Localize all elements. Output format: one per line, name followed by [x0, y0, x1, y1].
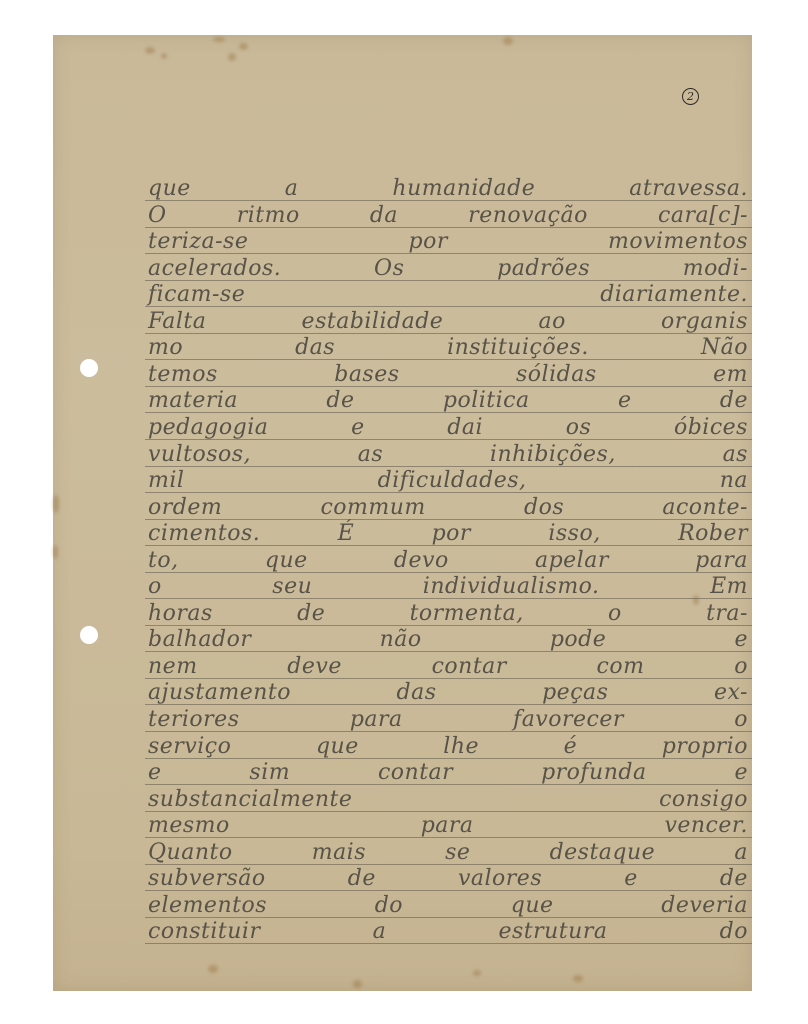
foxing-stain [213, 37, 225, 42]
handwritten-word: por [409, 229, 448, 254]
handwritten-word: dai [447, 415, 483, 440]
handwritten-line: subversãodevaloresede [148, 865, 748, 891]
handwritten-word: contar [378, 760, 453, 785]
handwritten-word: valores [458, 866, 542, 891]
handwritten-word: de [326, 388, 354, 413]
handwritten-word: que [316, 734, 359, 759]
handwritten-word: seu [272, 574, 312, 599]
foxing-stain [503, 37, 513, 45]
foxing-stain [208, 965, 218, 973]
handwritten-line: ordemcommumdosaconte- [148, 494, 748, 520]
foxing-stain [353, 980, 362, 988]
handwritten-word: em [713, 362, 748, 387]
handwritten-word: constituir [148, 919, 260, 944]
foxing-stain [473, 970, 481, 976]
handwritten-word: aconte- [662, 495, 748, 520]
handwritten-word: e [618, 388, 632, 413]
handwritten-word: cimentos. [148, 521, 260, 546]
handwritten-word: a [373, 919, 387, 944]
handwritten-word: humanidade [392, 176, 535, 201]
handwritten-word: e [624, 866, 638, 891]
handwritten-word: consigo [659, 787, 748, 812]
handwritten-word: que [148, 176, 191, 201]
handwritten-word: vencer. [664, 813, 748, 838]
handwritten-word: Os [374, 256, 404, 281]
handwritten-word: se [445, 840, 470, 865]
foxing-stain [53, 495, 59, 513]
handwritten-word: mais [312, 840, 366, 865]
handwritten-word: deveria [661, 893, 748, 918]
handwritten-line: Faltaestabilidadeaoorganis [148, 308, 748, 334]
handwritten-word: ao [538, 309, 565, 334]
handwritten-line: ficam-sediariamente. [148, 281, 748, 307]
handwritten-word: substancialmente [148, 787, 352, 812]
handwritten-word: peças [542, 680, 608, 705]
handwritten-word: destaque [550, 840, 656, 865]
handwritten-word: renovação [468, 203, 588, 228]
handwritten-word: o [734, 654, 748, 679]
handwritten-word: e [734, 627, 748, 652]
handwritten-word: tormenta, [410, 601, 524, 626]
handwritten-word: deve [287, 654, 342, 679]
handwritten-word: dificuldades, [378, 468, 527, 493]
handwritten-word: nem [148, 654, 198, 679]
handwritten-word: É [338, 521, 355, 546]
handwritten-line: teriza-sepormovimentos [148, 228, 748, 254]
handwritten-line: ajustamentodaspeçasex- [148, 679, 748, 705]
handwritten-word: movimentos [608, 229, 748, 254]
handwritten-word: pode [550, 627, 606, 652]
handwritten-word: o [734, 707, 748, 732]
handwritten-word: por [432, 521, 471, 546]
handwritten-word: materia [148, 388, 238, 413]
handwritten-word: ficam-se [148, 282, 245, 307]
handwritten-word: a [285, 176, 299, 201]
handwritten-word: profunda [541, 760, 647, 785]
foxing-stain [161, 53, 167, 59]
handwritten-line: vultosos,asinhibições,as [148, 441, 748, 467]
handwritten-line: horasdetormenta,otra- [148, 600, 748, 626]
handwritten-word: sólidas [516, 362, 597, 387]
handwritten-word: contar [432, 654, 507, 679]
handwritten-word: to, [148, 548, 179, 573]
handwritten-word: mil [148, 468, 184, 493]
handwritten-line: pedagogiaedaiosóbices [148, 414, 748, 440]
handwritten-word: das [397, 680, 437, 705]
handwritten-word: padrões [497, 256, 590, 281]
handwritten-word: de [297, 601, 325, 626]
foxing-stain [239, 43, 248, 50]
handwritten-word: do [720, 919, 748, 944]
handwritten-line: oseuindividualismo.Em [148, 573, 748, 599]
handwritten-line: to,quedevoapelarpara [148, 547, 748, 573]
handwritten-line: balhadornãopodee [148, 626, 748, 652]
punch-hole-bottom [80, 626, 98, 644]
handwritten-line: terioresparafavorecero [148, 706, 748, 732]
handwritten-word: ex- [714, 680, 748, 705]
foxing-stain [145, 47, 155, 54]
handwritten-word: estrutura [498, 919, 607, 944]
handwritten-word: proprio [662, 734, 748, 759]
handwritten-word: temos [148, 362, 218, 387]
handwritten-word: favorecer [513, 707, 624, 732]
handwritten-line: esimcontarprofundae [148, 759, 748, 785]
handwritten-word: estabilidade [302, 309, 444, 334]
handwritten-word: os [566, 415, 592, 440]
handwritten-word: para [695, 548, 748, 573]
handwritten-word: bases [334, 362, 399, 387]
handwritten-word: mesmo [148, 813, 230, 838]
handwritten-word: as [358, 442, 383, 467]
handwritten-word: e [734, 760, 748, 785]
handwritten-line: serviçoquelheéproprio [148, 733, 748, 759]
handwritten-word: organis [661, 309, 748, 334]
handwritten-word: Em [710, 574, 748, 599]
handwritten-line: substancialmenteconsigo [148, 786, 748, 812]
page-number: 2 [682, 88, 699, 105]
handwritten-word: mo [148, 335, 183, 360]
handwritten-word: balhador [148, 627, 251, 652]
handwritten-word: não [380, 627, 422, 652]
handwritten-word: teriza-se [148, 229, 248, 254]
handwritten-word: elementos [148, 893, 267, 918]
handwritten-word: e [148, 760, 162, 785]
handwritten-word: o [608, 601, 622, 626]
handwritten-word: lhe [443, 734, 479, 759]
handwritten-word: das [295, 335, 335, 360]
handwritten-word: óbices [674, 415, 748, 440]
handwritten-word: individualismo. [423, 574, 600, 599]
handwritten-word: instituições. [447, 335, 589, 360]
handwritten-word: na [720, 468, 748, 493]
handwritten-word: o [148, 574, 162, 599]
handwritten-word: serviço [148, 734, 231, 759]
handwritten-word: é [564, 734, 578, 759]
handwritten-word: ritmo [237, 203, 300, 228]
handwritten-word: a [734, 840, 748, 865]
handwritten-word: acelerados. [148, 256, 281, 281]
handwritten-word: do [375, 893, 403, 918]
handwritten-word: Falta [148, 309, 206, 334]
handwritten-word: da [370, 203, 398, 228]
handwritten-word: ajustamento [148, 680, 291, 705]
handwritten-word: com [597, 654, 645, 679]
handwritten-word: de [348, 866, 376, 891]
handwritten-word: pedagogia [148, 415, 268, 440]
handwritten-line: nemdevecontarcomo [148, 653, 748, 679]
handwritten-word: horas [148, 601, 213, 626]
handwritten-word: que [511, 893, 554, 918]
handwritten-word: devo [394, 548, 449, 573]
handwritten-word: atravessa. [629, 176, 748, 201]
handwritten-line: materiadepoliticaede [148, 387, 748, 413]
handwritten-word: commum [320, 495, 425, 520]
handwritten-word: tra- [706, 601, 748, 626]
handwritten-word: Rober [678, 521, 748, 546]
handwritten-line: queahumanidadeatravessa. [148, 175, 748, 201]
handwritten-word: Quanto [148, 840, 233, 865]
handwritten-word: cara[c]- [658, 203, 748, 228]
handwritten-word: isso, [548, 521, 600, 546]
handwritten-word: dos [524, 495, 564, 520]
handwritten-word: de [720, 866, 748, 891]
handwritten-line: mesmoparavencer. [148, 812, 748, 838]
handwritten-word: Não [701, 335, 748, 360]
punch-hole-top [80, 359, 98, 377]
handwritten-word: ordem [148, 495, 222, 520]
handwritten-word: diariamente. [600, 282, 748, 307]
handwritten-word: para [350, 707, 403, 732]
handwritten-line: mildificuldades,na [148, 467, 748, 493]
handwritten-word: as [723, 442, 748, 467]
handwritten-word: politica [443, 388, 530, 413]
handwritten-word: inhibições, [490, 442, 616, 467]
handwritten-word: O [148, 203, 167, 228]
handwritten-word: subversão [148, 866, 266, 891]
handwritten-word: vultosos, [148, 442, 251, 467]
handwritten-line: Quantomaissedestaquea [148, 839, 748, 865]
handwritten-line: cimentos.Éporisso,Rober [148, 520, 748, 546]
handwritten-word: teriores [148, 707, 239, 732]
handwritten-word: sim [249, 760, 290, 785]
handwritten-word: apelar [535, 548, 609, 573]
handwritten-line: temosbasessólidasem [148, 361, 748, 387]
handwritten-line: Oritmodarenovaçãocara[c]- [148, 202, 748, 228]
foxing-stain [53, 545, 58, 559]
foxing-stain [228, 53, 236, 61]
foxing-stain [573, 975, 583, 982]
handwritten-line: modasinstituições.Não [148, 334, 748, 360]
handwritten-line: constituiraestruturado [148, 918, 748, 944]
handwritten-word: modi- [683, 256, 748, 281]
handwritten-line: elementosdoquedeveria [148, 892, 748, 918]
handwritten-word: para [421, 813, 474, 838]
handwritten-word: de [720, 388, 748, 413]
handwritten-line: acelerados.Ospadrõesmodi- [148, 255, 748, 281]
handwritten-word: que [265, 548, 308, 573]
handwritten-word: e [351, 415, 365, 440]
